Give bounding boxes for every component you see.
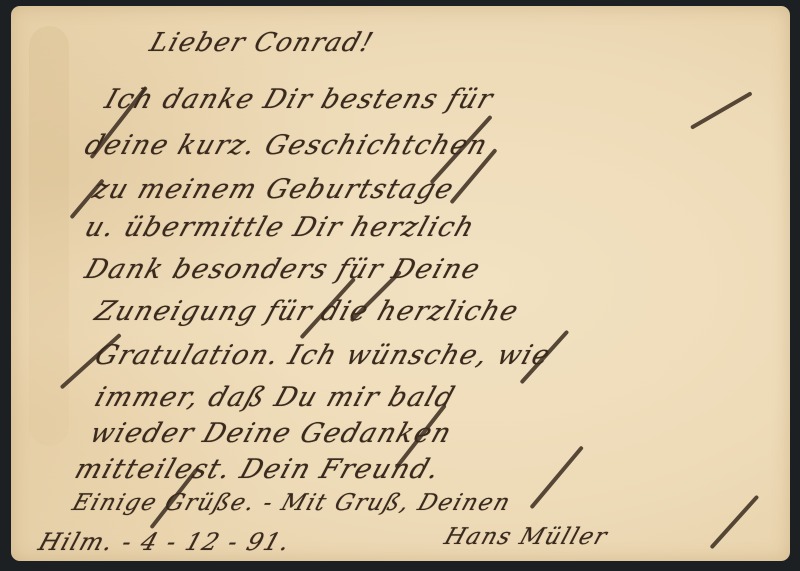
body-line-4: u. übermittle Dir herzlich [81, 212, 479, 243]
ink-stroke [710, 495, 760, 550]
body-line-3: zu meinem Geburtstage [89, 174, 459, 205]
body-line-1: Ich danke Dir bestens für [101, 84, 498, 115]
ink-stroke [690, 91, 753, 129]
body-line-2: deine kurz. Geschichtchen [81, 130, 492, 161]
body-line-9: wieder Deine Gedanken [86, 418, 456, 449]
signature: Hans Müller [441, 524, 611, 550]
salutation: Lieber Conrad! [146, 28, 378, 58]
body-line-7: Gratulation. Ich wünsche, wie [91, 340, 555, 371]
date-line: Hilm. - 4 - 12 - 91. [35, 528, 295, 556]
body-line-8: immer, daß Du mir bald [91, 382, 460, 413]
closing-line-1: Einige Grüße. - Mit Gruß, Deinen [69, 490, 515, 516]
body-line-6: Zuneigung für die herzliche [91, 296, 523, 327]
postcard: Lieber Conrad! Ich danke Dir bestens für… [11, 6, 790, 561]
body-line-10: mitteilest. Dein Freund. [71, 454, 445, 485]
body-line-5: Dank besonders für Deine [81, 254, 485, 285]
ink-stroke [529, 445, 583, 509]
